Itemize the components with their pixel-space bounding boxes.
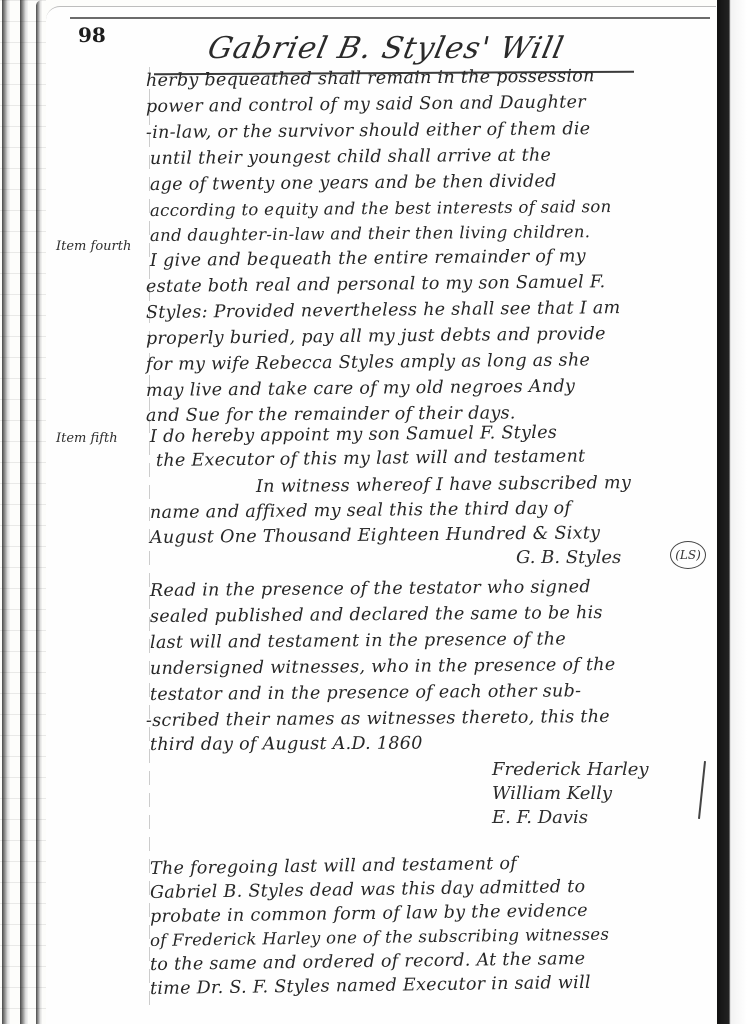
- attestation-line: sealed published and declared the same t…: [150, 603, 603, 627]
- will-line: I give and bequeath the entire remainder…: [150, 246, 586, 271]
- attestation-line: undersigned witnesses, who in the presen…: [150, 655, 616, 679]
- ledger-page: 98 Gabriel B. Styles' Will herby bequeat…: [46, 6, 716, 1024]
- attestation-line: third day of August A.D. 1860: [150, 734, 423, 755]
- page-number: 98: [78, 23, 106, 47]
- will-line: the Executor of this my last will and te…: [156, 447, 586, 471]
- witness-signature: E. F. Davis: [492, 807, 588, 828]
- probate-line: time Dr. S. F. Styles named Executor in …: [150, 973, 591, 999]
- will-line: age of twenty one years and be then divi…: [150, 171, 557, 195]
- book-binding-edge: [717, 0, 747, 1024]
- will-line: and daughter-in-law and their then livin…: [150, 222, 590, 245]
- will-line: In witness whereof I have subscribed my: [256, 473, 631, 497]
- will-line: Styles: Provided nevertheless he shall s…: [146, 298, 621, 323]
- attestation-line: -scribed their names as witnesses theret…: [146, 707, 610, 731]
- margin-note-item-fourth: Item fourth: [56, 239, 131, 254]
- will-line: I do hereby appoint my son Samuel F. Sty…: [150, 423, 557, 447]
- probate-line: Gabriel B. Styles dead was this day admi…: [150, 877, 586, 903]
- top-rule: [70, 17, 710, 19]
- will-line: for my wife Rebecca Styles amply as long…: [146, 350, 590, 375]
- witness-signature: Frederick Harley: [492, 759, 649, 780]
- attestation-line: Read in the presence of the testator who…: [150, 577, 591, 601]
- will-line: -in-law, or the survivor should either o…: [146, 119, 591, 143]
- attestation-line: testator and in the presence of each oth…: [150, 681, 581, 705]
- witness-signature: William Kelly: [492, 783, 612, 804]
- will-line: estate both real and personal to my son …: [146, 272, 606, 297]
- will-line: herby bequeathed shall remain in the pos…: [146, 66, 595, 91]
- will-line: properly buried, pay all my just debts a…: [146, 324, 606, 349]
- probate-line: The foregoing last will and testament of: [150, 854, 517, 879]
- will-line: name and affixed my seal this the third …: [150, 499, 571, 523]
- witness-bracket: [698, 761, 706, 819]
- page-edge-texture: [0, 0, 46, 1024]
- will-line: until their youngest child shall arrive …: [150, 145, 551, 168]
- document-title: Gabriel B. Styles' Will: [142, 31, 629, 66]
- seal-mark: (LS): [670, 541, 706, 569]
- probate-line: of Frederick Harley one of the subscribi…: [150, 925, 609, 950]
- will-line: and Sue for the remainder of their days.: [146, 403, 516, 426]
- attestation-line: last will and testament in the presence …: [150, 629, 566, 653]
- will-line: according to equity and the best interes…: [150, 197, 612, 220]
- probate-line: probate in common form of law by the evi…: [150, 901, 588, 927]
- testator-signature: G. B. Styles: [516, 547, 621, 568]
- scanned-ledger-page: 98 Gabriel B. Styles' Will herby bequeat…: [0, 0, 747, 1024]
- probate-line: to the same and ordered of record. At th…: [150, 949, 586, 975]
- margin-note-item-fifth: Item fifth: [56, 431, 118, 446]
- will-line: power and control of my said Son and Dau…: [146, 92, 586, 117]
- will-line: may live and take care of my old negroes…: [146, 377, 575, 401]
- will-line: August One Thousand Eighteen Hundred & S…: [150, 523, 601, 548]
